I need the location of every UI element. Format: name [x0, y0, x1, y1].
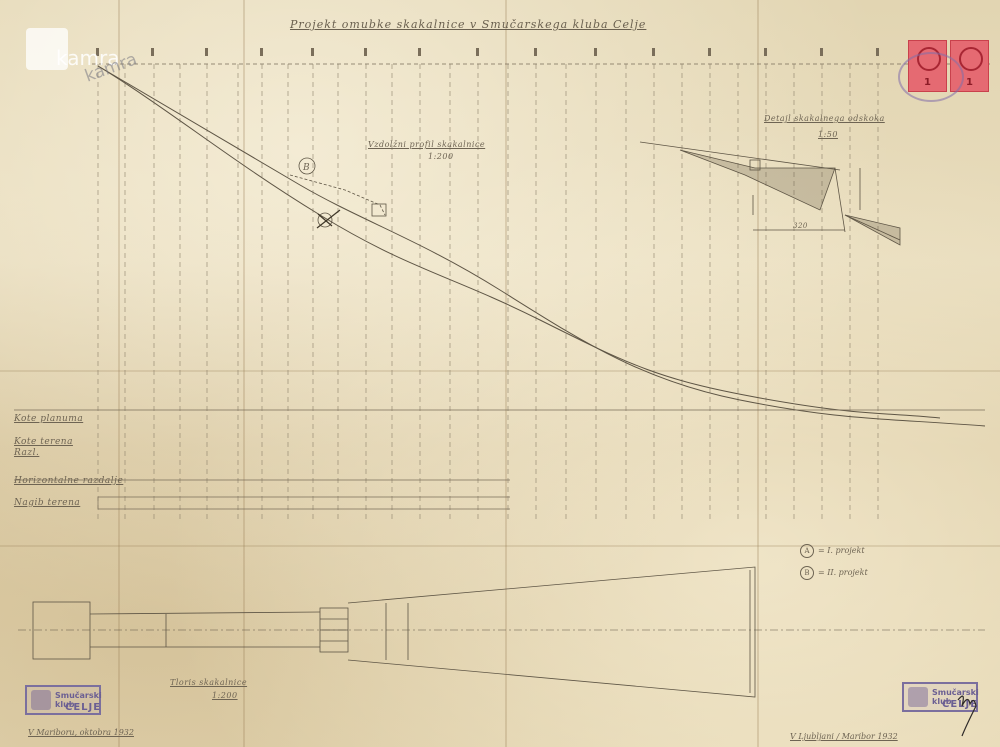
signature — [0, 0, 1000, 747]
drawing-sheet: B — [0, 0, 1000, 747]
signature-right-text: V Ljubljani / Maribor 1932 — [790, 732, 898, 741]
signature-left-text: V Mariboru, oktobra 1932 — [28, 728, 134, 737]
